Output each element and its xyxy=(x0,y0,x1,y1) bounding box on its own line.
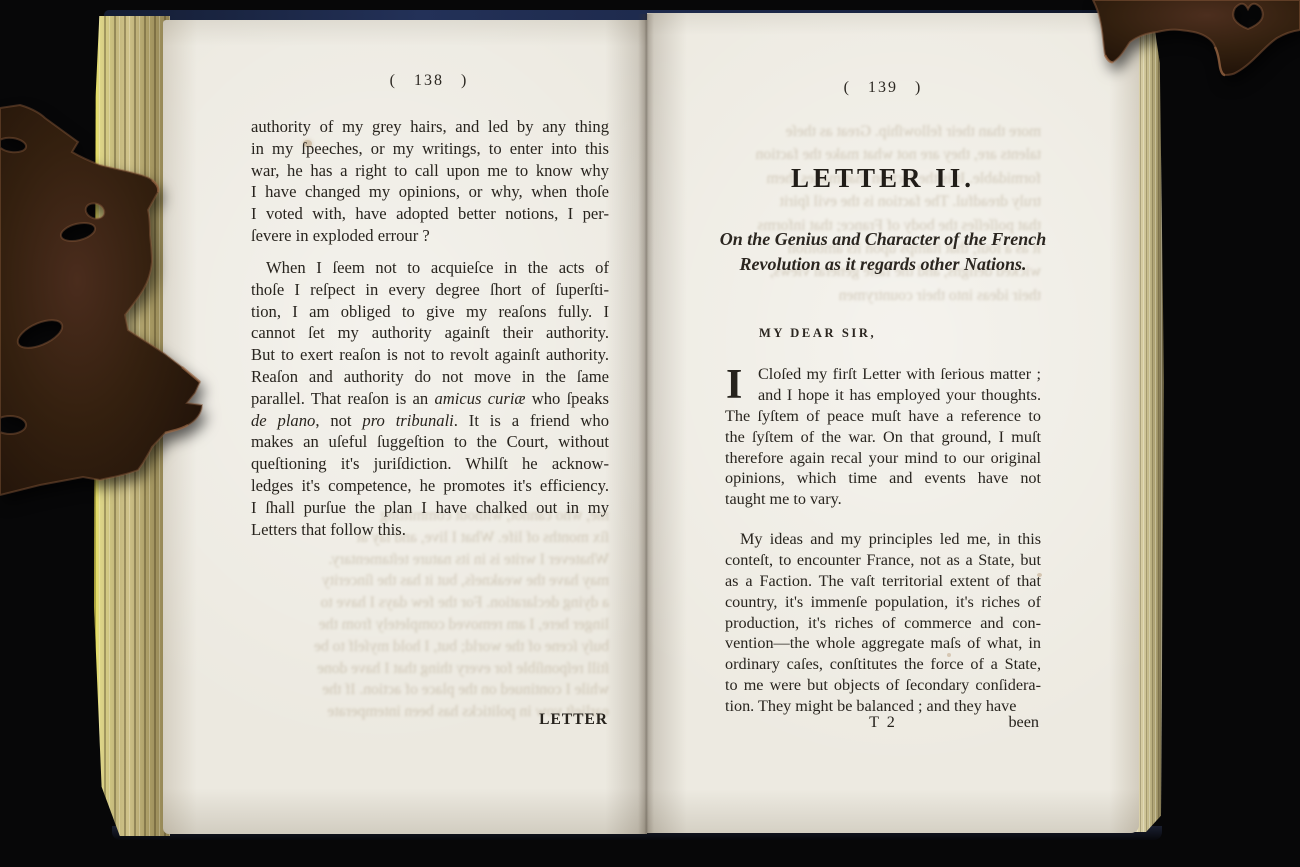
letter-subtitle: On the Genius and Character of the Frenc… xyxy=(709,227,1057,277)
text-line: vention—the whole aggregate maſs of what… xyxy=(725,633,1041,654)
text-line: to me were but objects of ſecondary conſ… xyxy=(725,675,1041,696)
catchword-left: LETTER xyxy=(250,711,608,729)
left-paragraph-2: When I ſeem not to acquieſce in the acts… xyxy=(251,257,609,540)
salutation: MY DEAR SIR, xyxy=(759,326,876,341)
text-line: ordinary caſes, conſtitutes the force of… xyxy=(725,654,1041,675)
text-line: ſevere in exploded errour ? xyxy=(251,225,609,247)
gathering-signature: T 2 xyxy=(725,713,1041,732)
text-line: queſtioning it's juriſdiction. Whilſt he… xyxy=(251,453,609,475)
left-page: me, who cannot, without committingſix mo… xyxy=(163,20,647,834)
text-line: a dying declaration. For the few days I … xyxy=(251,592,609,614)
text-line: war, he has a right to call upon me to k… xyxy=(251,160,609,182)
right-paragraph-1: Cloſed my firſt Letter with ſerious matt… xyxy=(725,364,1041,510)
catchword-right: been xyxy=(1008,713,1039,732)
text-line: linger here, I am removed completely fro… xyxy=(251,614,609,636)
text-line: makes an uſeful ſuggeſtion to the Court,… xyxy=(251,431,609,453)
text-line: Whatever I write is in its nature teſtam… xyxy=(251,549,609,571)
open-book: me, who cannot, without committingſix mo… xyxy=(0,0,1300,867)
text-line: I voted with, have adopted better notion… xyxy=(251,203,609,225)
text-line: therefore again recal your mind to our o… xyxy=(725,448,1041,469)
right-page: more than their fellowſhip. Great as the… xyxy=(647,13,1139,833)
text-line: tion, I am obliged to give my reaſons fu… xyxy=(251,301,609,323)
text-line: Letters that follow this. xyxy=(251,519,609,541)
subtitle-line: On the Genius and Character of the Frenc… xyxy=(709,227,1057,252)
subtitle-line: Revolution as it regards other Nations. xyxy=(709,252,1057,277)
text-line: I ſhall purſue the plan I have chalked o… xyxy=(251,497,609,519)
copper-leaf-ornament-left xyxy=(0,95,215,500)
text-line: thoſe I reſpect in every degree ſhort of… xyxy=(251,279,609,301)
text-line: taught me to vary. xyxy=(725,489,1041,510)
letter-heading: LETTER II. xyxy=(705,163,1061,194)
text-line: cannot ſet my authority againſt their au… xyxy=(251,322,609,344)
right-paragraph-2: My ideas and my principles led me, in th… xyxy=(725,529,1041,717)
text-line: I have changed my opinions, or why, when… xyxy=(251,181,609,203)
signature-row: T 2 been xyxy=(725,713,1041,734)
book-photograph: { "scene": { "background_color": "#07070… xyxy=(0,0,1300,867)
text-line: as a Faction. The vaſt territorial exten… xyxy=(725,571,1041,592)
page-number-138: ( 138 ) xyxy=(250,72,608,90)
page-number-139: ( 139 ) xyxy=(725,79,1041,97)
text-line: authority of my grey hairs, and led by a… xyxy=(251,116,609,138)
show-through-text-right: more than their fellowſhip. Great as the… xyxy=(725,120,1041,307)
text-line: country, it's immenſe population, it's r… xyxy=(725,592,1041,613)
text-line: parallel. That reaſon is an amicus curiæ… xyxy=(251,388,609,410)
text-line: The ſyſtem of peace muſt have a referenc… xyxy=(725,406,1041,427)
left-paragraph-1: authority of my grey hairs, and led by a… xyxy=(251,116,609,247)
text-line: the ſyſtem of the war. On that ground, I… xyxy=(725,427,1041,448)
text-line: buſy ſcene of the world; but, I hold myſ… xyxy=(251,636,609,658)
copper-leaf-ornament-right xyxy=(1075,0,1300,145)
text-line: Reaſon and authority do not move in the … xyxy=(251,366,609,388)
text-line: in my ſpeeches, or my writings, to enter… xyxy=(251,138,609,160)
text-line: and I hope it has employed your thoughts… xyxy=(725,385,1041,406)
text-line: de plano, not pro tribunali. It is a fri… xyxy=(251,410,609,432)
text-line: their ideas into their countrymen xyxy=(725,284,1041,307)
text-line: When I ſeem not to acquieſce in the acts… xyxy=(251,257,609,279)
text-line: more than their fellowſhip. Great as the… xyxy=(725,120,1041,143)
text-line: Cloſed my firſt Letter with ſerious matt… xyxy=(725,364,1041,385)
text-line: opinions, which time and events have not xyxy=(725,468,1041,489)
book-gutter-shadow xyxy=(638,14,654,834)
text-line: while I continued on the place of action… xyxy=(251,679,609,701)
text-line: conteſt, to encounter France, not as a S… xyxy=(725,550,1041,571)
text-line: ſtill reſponſible for every thing that I… xyxy=(251,658,609,680)
text-line: production, it's riches of commerce and … xyxy=(725,613,1041,634)
text-line: ledges it's competence, he promotes it's… xyxy=(251,475,609,497)
text-line: But to exert reaſon is not to revolt aga… xyxy=(251,344,609,366)
text-line: may have the weakneſs, but it has the ſi… xyxy=(251,570,609,592)
text-line: My ideas and my principles led me, in th… xyxy=(725,529,1041,550)
